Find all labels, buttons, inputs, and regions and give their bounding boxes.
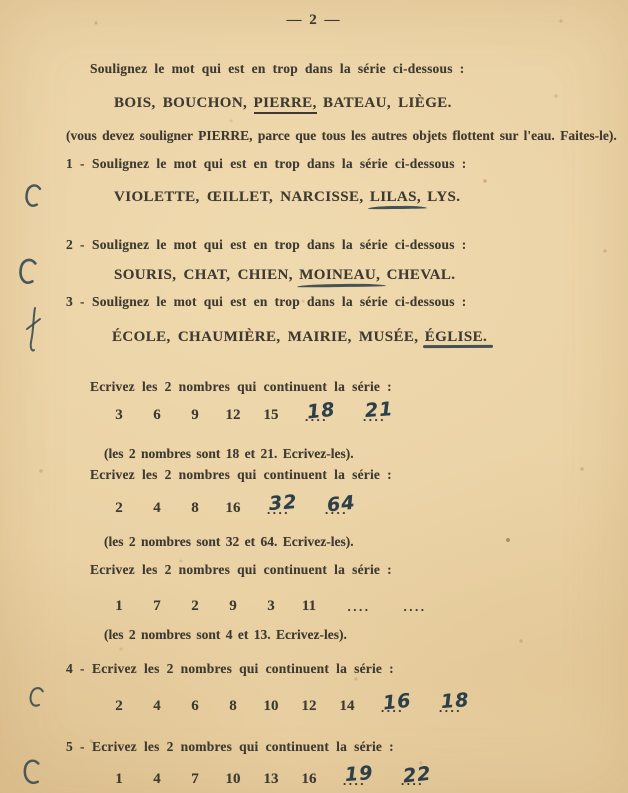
answer-dots: .... — [305, 409, 328, 425]
instruction-text: Soulignez le mot qui est en trop dans la… — [92, 156, 466, 171]
series-3-note: (les 2 nombres sont 4 et 13. Ecrivez-les… — [104, 627, 347, 643]
series-number: 8 — [184, 500, 206, 517]
series-number: 7 — [146, 598, 168, 615]
series-number: 4 — [146, 771, 168, 788]
series-words: VIOLETTE, ŒILLET, NARCISSE, — [114, 189, 364, 205]
underlined-word: MOINEAU, — [299, 267, 380, 283]
series-number: 9 — [184, 407, 206, 424]
answer-dots: .... — [401, 773, 424, 789]
page-number: — 2 — — [0, 12, 628, 29]
series-1-row: 3 6 9 12 15 18.... 21.... — [108, 398, 398, 424]
empty-answer-dots: .... — [342, 599, 376, 615]
answer-blank: 21.... — [362, 394, 398, 424]
series-words: BOIS, BOUCHON, — [114, 95, 247, 111]
series-1-note: (les 2 nombres sont 18 et 21. Ecrivez-le… — [104, 446, 354, 462]
answer-blank: 19.... — [342, 758, 378, 788]
question-number: 2 - — [66, 237, 92, 253]
underlined-word-text: LILAS, — [370, 189, 421, 205]
series-number: 9 — [222, 598, 244, 615]
series-words: BATEAU, LIÈGE. — [323, 95, 452, 111]
margin-mark-c-icon — [21, 757, 45, 791]
answer-blank: 32.... — [266, 487, 302, 517]
series-number: 2 — [108, 698, 130, 715]
question-4-row: 2 4 6 8 10 12 14 16.... 18.... — [108, 689, 474, 715]
answer-blank: 18.... — [438, 685, 474, 715]
series-number: 14 — [336, 698, 358, 715]
question-number: 5 - — [66, 739, 92, 755]
series-number: 4 — [146, 698, 168, 715]
series-number: 10 — [260, 698, 282, 715]
instruction-text: Ecrivez les 2 nombres qui continuent la … — [92, 739, 394, 754]
question-number: 3 - — [66, 294, 92, 310]
question-2-word-series: SOURIS, CHAT, CHIEN,MOINEAU,CHEVAL. — [114, 267, 455, 284]
underlined-word: LILAS, — [370, 189, 421, 205]
example-word-series: BOIS, BOUCHON,PIERRE,BATEAU, LIÈGE. — [114, 95, 452, 112]
series-number: 13 — [260, 771, 282, 788]
series-number: 3 — [260, 598, 282, 615]
answer-dots: .... — [439, 700, 462, 716]
question-5-instruction: 5 -Ecrivez les 2 nombres qui continuent … — [66, 739, 394, 755]
answer-blank: 22.... — [400, 758, 436, 788]
question-2-instruction: 2 -Soulignez le mot qui est en trop dans… — [66, 237, 466, 253]
answer-blank: 16.... — [380, 685, 416, 715]
question-5-row: 1 4 7 10 13 16 19.... 22.... — [108, 762, 436, 788]
series-words: ÉCOLE, CHAUMIÈRE, MAIRIE, MUSÉE, — [112, 329, 418, 345]
question-number: 4 - — [66, 661, 92, 677]
answer-dots: .... — [363, 409, 386, 425]
pen-underline — [423, 345, 493, 348]
underlined-word: ÉGLISE. — [425, 329, 487, 345]
series-number: 8 — [222, 698, 244, 715]
series-number: 15 — [260, 407, 282, 424]
series-1-instruction: Ecrivez les 2 nombres qui continuent la … — [90, 379, 392, 395]
series-number: 12 — [298, 698, 320, 715]
scanned-test-page: — 2 — Soulignez le mot qui est en trop d… — [0, 0, 628, 793]
series-number: 7 — [184, 771, 206, 788]
margin-mark-c-icon — [23, 182, 45, 214]
series-number: 16 — [222, 500, 244, 517]
series-2-instruction: Ecrivez les 2 nombres qui continuent la … — [90, 467, 392, 483]
series-number: 3 — [108, 407, 130, 424]
series-number: 2 — [108, 500, 130, 517]
series-number: 6 — [184, 698, 206, 715]
margin-mark-cross-icon — [24, 306, 42, 354]
question-3-word-series: ÉCOLE, CHAUMIÈRE, MAIRIE, MUSÉE,ÉGLISE. — [112, 329, 493, 346]
empty-answer-dots: .... — [398, 599, 432, 615]
underlined-word-text: ÉGLISE. — [425, 329, 487, 345]
paper-speckles — [0, 0, 2, 2]
answer-dots: .... — [325, 502, 348, 518]
margin-mark-c-icon — [26, 685, 48, 713]
instruction-text: Soulignez le mot qui est en trop dans la… — [92, 294, 466, 309]
instruction-text: Ecrivez les 2 nombres qui continuent la … — [92, 661, 394, 676]
series-number: 10 — [222, 771, 244, 788]
series-2-row: 2 4 8 16 32.... 64.... — [108, 491, 360, 517]
question-4-instruction: 4 -Ecrivez les 2 nombres qui continuent … — [66, 661, 394, 677]
series-3-row: 1 7 2 9 3 11 .... .... — [108, 589, 432, 615]
answer-dots: .... — [267, 502, 290, 518]
question-number: 1 - — [66, 156, 92, 172]
pen-underline — [297, 283, 386, 287]
question-1-word-series: VIOLETTE, ŒILLET, NARCISSE,LILAS,LYS. — [114, 189, 460, 206]
series-words: SOURIS, CHAT, CHIEN, — [114, 267, 293, 283]
instruction-text: Soulignez le mot qui est en trop dans la… — [92, 237, 466, 252]
series-number: 11 — [298, 598, 320, 615]
series-number: 1 — [108, 771, 130, 788]
series-2-note: (les 2 nombres sont 32 et 64. Ecrivez-le… — [104, 534, 354, 550]
series-number: 1 — [108, 598, 130, 615]
answer-dots: .... — [381, 700, 404, 716]
series-words: CHEVAL. — [387, 267, 456, 283]
question-1-instruction: 1 -Soulignez le mot qui est en trop dans… — [66, 156, 466, 172]
answer-dots: .... — [343, 773, 366, 789]
margin-mark-c-icon — [17, 256, 41, 292]
answer-blank: 64.... — [324, 487, 360, 517]
series-number: 6 — [146, 407, 168, 424]
series-words: LYS. — [427, 189, 460, 205]
pen-underline — [368, 206, 427, 210]
series-3-instruction: Ecrivez les 2 nombres qui continuent la … — [90, 562, 392, 578]
example-note: (vous devez souligner PIERRE, parce que … — [66, 128, 617, 144]
answer-blank: 18.... — [304, 394, 340, 424]
series-number: 16 — [298, 771, 320, 788]
series-number: 2 — [184, 598, 206, 615]
series-number: 12 — [222, 407, 244, 424]
underlined-word: PIERRE, — [254, 95, 317, 114]
underlined-word-text: MOINEAU, — [299, 267, 380, 283]
series-number: 4 — [146, 500, 168, 517]
example-instruction: Soulignez le mot qui est en trop dans la… — [90, 61, 464, 77]
question-3-instruction: 3 -Soulignez le mot qui est en trop dans… — [66, 294, 466, 310]
